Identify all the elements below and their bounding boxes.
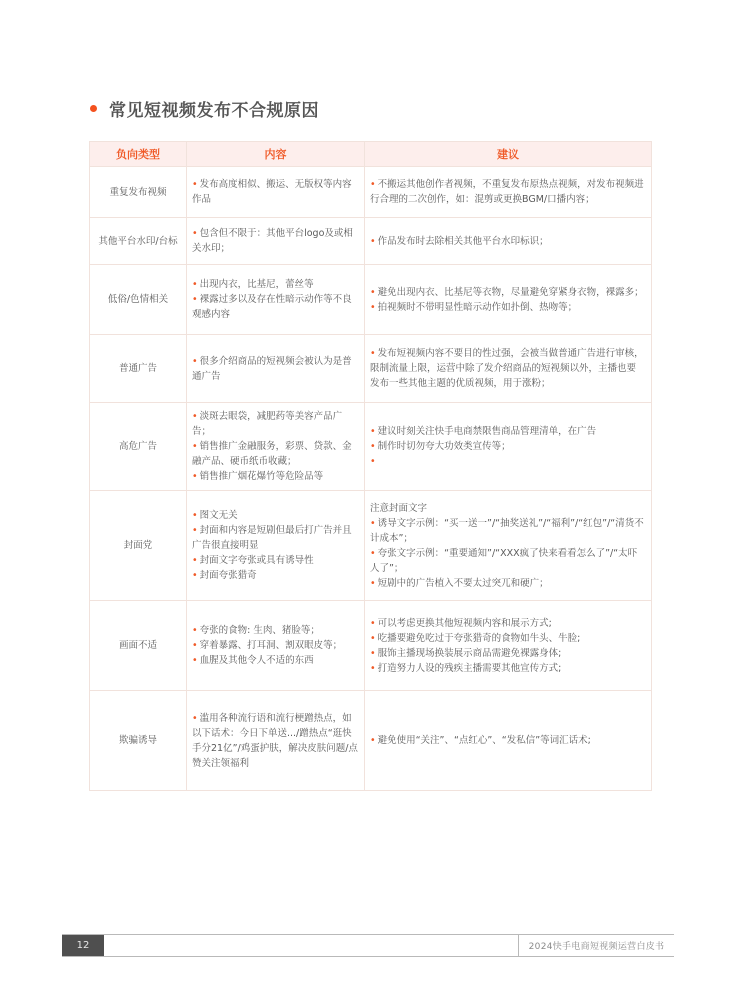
- bullet-icon: •: [370, 348, 376, 359]
- violation-content: •包含但不限于：其他平台logo及或相关水印；: [187, 218, 365, 265]
- content-bullet-item: •裸露过多以及存在性暗示动作等不良观感内容: [192, 292, 358, 322]
- content-bullet-item: •包含但不限于：其他平台logo及或相关水印；: [192, 226, 358, 256]
- violation-type: 低俗/色情相关: [90, 265, 187, 335]
- table-row: 欺骗诱导•滥用各种流行语和流行梗蹭热点，如以下话术：今日下单送.../蹭热点“逛…: [90, 691, 652, 791]
- section-heading: 常见短视频发布不合规原因: [90, 96, 319, 121]
- content-text: 封面夸张猎奇: [200, 570, 257, 581]
- content-bullet-item: •图文无关: [192, 508, 358, 523]
- bullet-icon: •: [370, 441, 376, 452]
- advice-text: 避免出现内衣、比基尼等衣物，尽量避免穿紧身衣物，裸露多；: [378, 287, 644, 298]
- advice-bullet-item: •建议时刻关注快手电商禁限售商品管理清单，在广告: [370, 424, 645, 439]
- bullet-icon: •: [370, 456, 376, 467]
- content-bullet-item: •穿着暴露、打耳洞、割双眼皮等；: [192, 638, 358, 653]
- bullet-icon: •: [192, 655, 198, 666]
- violation-type: 普通广告: [90, 335, 187, 403]
- content-text: 图文无关: [200, 510, 238, 521]
- table-row: 画面不适•夸张的食物: 生肉、猪脸等；•穿着暴露、打耳洞、割双眼皮等；•血腥及其…: [90, 601, 652, 691]
- bullet-icon: •: [192, 471, 198, 482]
- advice-bullet-item: •不搬运其他创作者视频，不重复发布原热点视频，对发布视频进行合理的二次创作，如：…: [370, 177, 645, 207]
- table-row: 其他平台水印/台标•包含但不限于：其他平台logo及或相关水印；•作品发布时去除…: [90, 218, 652, 265]
- bullet-icon: •: [370, 663, 376, 674]
- content-text: 滥用各种流行语和流行梗蹭热点，如以下话术：今日下单送.../蹭热点“逛快手分21…: [192, 713, 358, 769]
- advice-text: 制作时切勿夸大功效类宣传等；: [378, 441, 511, 452]
- advice-content: 注意封面文字•诱导文字示例：“买一送一”/“抽奖送礼”/“福利”/“红包”/“清…: [365, 491, 652, 601]
- bullet-icon: •: [192, 713, 198, 724]
- content-text: 包含但不限于：其他平台logo及或相关水印；: [192, 228, 353, 254]
- advice-bullet-item: •诱导文字示例：“买一送一”/“抽奖送礼”/“福利”/“红包”/“清货不计成本”…: [370, 516, 645, 546]
- violation-content: •图文无关•封面和内容是短剧但最后打广告并且广告很直接明显•封面文字夸张或具有诱…: [187, 491, 365, 601]
- advice-bullet-item: •避免出现内衣、比基尼等衣物，尽量避免穿紧身衣物，裸露多；: [370, 285, 645, 300]
- advice-text: 可以考虑更换其他短视频内容和展示方式;: [378, 618, 552, 629]
- violation-type: 封面党: [90, 491, 187, 601]
- section-title: 常见短视频发布不合规原因: [109, 96, 319, 121]
- table-row: 低俗/色情相关•出现内衣，比基尼，蕾丝等•裸露过多以及存在性暗示动作等不良观感内…: [90, 265, 652, 335]
- content-bullet-item: •封面文字夸张或具有诱导性: [192, 553, 358, 568]
- content-bullet-item: •夸张的食物: 生肉、猪脸等；: [192, 623, 358, 638]
- advice-bullet-item: •吃播要避免吃过于夸张猎奇的食物如牛头、牛脸;: [370, 631, 645, 646]
- advice-text: 夸张文字示例：“重要通知”/“XXX疯了快来看看怎么了”/“太吓人了”；: [370, 548, 637, 574]
- advice-text: 不搬运其他创作者视频，不重复发布原热点视频，对发布视频进行合理的二次创作，如：混…: [370, 179, 644, 205]
- advice-text: 吃播要避免吃过于夸张猎奇的食物如牛头、牛脸;: [378, 633, 581, 644]
- advice-content: •可以考虑更换其他短视频内容和展示方式;•吃播要避免吃过于夸张猎奇的食物如牛头、…: [365, 601, 652, 691]
- violation-type: 欺骗诱导: [90, 691, 187, 791]
- footer-document-title: 2024快手电商短视频运营白皮书: [519, 935, 674, 956]
- content-text: 销售推广金融服务，彩票、贷款、金融产品、硬币纸币收藏；: [192, 441, 352, 467]
- content-text: 裸露过多以及存在性暗示动作等不良观感内容: [192, 294, 352, 320]
- content-text: 穿着暴露、打耳洞、割双眼皮等；: [200, 640, 343, 651]
- content-text: 血腥及其他令人不适的东西: [200, 655, 314, 666]
- advice-text: 诱导文字示例：“买一送一”/“抽奖送礼”/“福利”/“红包”/“清货不计成本”；: [370, 518, 644, 544]
- bullet-icon: •: [370, 179, 376, 190]
- header-content: 内容: [187, 142, 365, 167]
- content-bullet-item: •封面和内容是短剧但最后打广告并且广告很直接明显: [192, 523, 358, 553]
- advice-bullet-item: •短剧中的广告植入不要太过突兀和硬广；: [370, 576, 645, 591]
- footer-rule-bottom: [62, 956, 674, 957]
- advice-bullet-item: •拍视频时不带明显性暗示动作如扑倒、热吻等；: [370, 300, 645, 315]
- advice-bullet-item: •服饰主播现场换装展示商品需避免裸露身体;: [370, 646, 645, 661]
- content-text: 夸张的食物: 生肉、猪脸等；: [200, 625, 320, 636]
- bullet-icon: •: [192, 179, 198, 190]
- violation-content: •滥用各种流行语和流行梗蹭热点，如以下话术：今日下单送.../蹭热点“逛快手分2…: [187, 691, 365, 791]
- violation-content: •夸张的食物: 生肉、猪脸等；•穿着暴露、打耳洞、割双眼皮等；•血腥及其他令人不…: [187, 601, 365, 691]
- advice-text: 短剧中的广告植入不要太过突兀和硬广；: [378, 578, 549, 589]
- bullet-icon: •: [192, 228, 198, 239]
- violation-content: •很多介绍商品的短视频会被认为是普通广告: [187, 335, 365, 403]
- content-text: 很多介绍商品的短视频会被认为是普通广告: [192, 356, 352, 382]
- content-bullet-item: •销售推广烟花爆竹等危险品等: [192, 469, 358, 484]
- content-text: 封面文字夸张或具有诱导性: [200, 555, 314, 566]
- advice-bullet-item: •发布短视频内容不要目的性过强，会被当做普通广告进行审核，限制流量上限，运营中除…: [370, 346, 645, 391]
- bullet-icon: •: [192, 525, 198, 536]
- advice-bullet-item: •可以考虑更换其他短视频内容和展示方式;: [370, 616, 645, 631]
- advice-text: 发布短视频内容不要目的性过强，会被当做普通广告进行审核，限制流量上限，运营中除了…: [370, 348, 644, 389]
- bullet-icon: •: [370, 618, 376, 629]
- bullet-icon: •: [370, 633, 376, 644]
- content-bullet-item: •封面夸张猎奇: [192, 568, 358, 583]
- bullet-icon: •: [370, 648, 376, 659]
- advice-content: •不搬运其他创作者视频，不重复发布原热点视频，对发布视频进行合理的二次创作，如：…: [365, 167, 652, 218]
- content-bullet-item: •淡斑去眼袋，减肥药等美容产品广告；: [192, 409, 358, 439]
- advice-content: •避免出现内衣、比基尼等衣物，尽量避免穿紧身衣物，裸露多；•拍视频时不带明显性暗…: [365, 265, 652, 335]
- content-text: 发布高度相似、搬运、无版权等内容作品: [192, 179, 352, 205]
- content-bullet-item: •销售推广金融服务，彩票、贷款、金融产品、硬币纸币收藏；: [192, 439, 358, 469]
- advice-content: •建议时刻关注快手电商禁限售商品管理清单，在广告•制作时切勿夸大功效类宣传等；•: [365, 403, 652, 491]
- advice-note: 注意封面文字: [370, 501, 645, 516]
- advice-text: 服饰主播现场换装展示商品需避免裸露身体;: [378, 648, 562, 659]
- advice-content: •作品发布时去除相关其他平台水印标识；: [365, 218, 652, 265]
- violation-content: •出现内衣，比基尼，蕾丝等•裸露过多以及存在性暗示动作等不良观感内容: [187, 265, 365, 335]
- content-bullet-item: •发布高度相似、搬运、无版权等内容作品: [192, 177, 358, 207]
- table-row: 重复发布视频•发布高度相似、搬运、无版权等内容作品•不搬运其他创作者视频，不重复…: [90, 167, 652, 218]
- content-text: 销售推广烟花爆竹等危险品等: [200, 471, 324, 482]
- bullet-icon: •: [370, 578, 376, 589]
- advice-bullet-item: •夸张文字示例：“重要通知”/“XXX疯了快来看看怎么了”/“太吓人了”；: [370, 546, 645, 576]
- advice-text: 建议时刻关注快手电商禁限售商品管理清单，在广告: [378, 426, 597, 437]
- content-bullet-item: •很多介绍商品的短视频会被认为是普通广告: [192, 354, 358, 384]
- bullet-icon: •: [370, 548, 376, 559]
- advice-text: 拍视频时不带明显性暗示动作如扑倒、热吻等；: [378, 302, 578, 313]
- advice-bullet-item: •制作时切勿夸大功效类宣传等；: [370, 439, 645, 454]
- advice-content: •发布短视频内容不要目的性过强，会被当做普通广告进行审核，限制流量上限，运营中除…: [365, 335, 652, 403]
- content-bullet-item: •滥用各种流行语和流行梗蹭热点，如以下话术：今日下单送.../蹭热点“逛快手分2…: [192, 711, 358, 771]
- content-text: 淡斑去眼袋，减肥药等美容产品广告；: [192, 411, 342, 437]
- content-text: 封面和内容是短剧但最后打广告并且广告很直接明显: [192, 525, 352, 551]
- bullet-icon: •: [370, 426, 376, 437]
- advice-bullet-item: •作品发布时去除相关其他平台水印标识；: [370, 234, 645, 249]
- advice-text: 打造努力人设的残疾主播需要其他宣传方式;: [378, 663, 562, 674]
- violation-type: 重复发布视频: [90, 167, 187, 218]
- bullet-icon: •: [192, 294, 198, 305]
- violation-type: 其他平台水印/台标: [90, 218, 187, 265]
- page-number: 12: [62, 935, 104, 956]
- advice-text: 避免使用“关注”、“点红心”、“发私信”等词汇话术;: [378, 735, 591, 746]
- content-bullet-item: •血腥及其他令人不适的东西: [192, 653, 358, 668]
- bullet-icon: •: [370, 287, 376, 298]
- violation-content: •淡斑去眼袋，减肥药等美容产品广告；•销售推广金融服务，彩票、贷款、金融产品、硬…: [187, 403, 365, 491]
- bullet-icon: •: [370, 302, 376, 313]
- bullet-icon: •: [192, 279, 198, 290]
- header-advice: 建议: [365, 142, 652, 167]
- bullet-icon: •: [370, 236, 376, 247]
- table-header-row: 负向类型 内容 建议: [90, 142, 652, 167]
- bullet-icon: •: [370, 518, 376, 529]
- advice-bullet-item: •避免使用“关注”、“点红心”、“发私信”等词汇话术;: [370, 733, 645, 748]
- bullet-icon: •: [192, 510, 198, 521]
- violation-type: 高危广告: [90, 403, 187, 491]
- bullet-icon: •: [370, 735, 376, 746]
- bullet-icon: •: [192, 555, 198, 566]
- table-row: 高危广告•淡斑去眼袋，减肥药等美容产品广告；•销售推广金融服务，彩票、贷款、金融…: [90, 403, 652, 491]
- violation-type: 画面不适: [90, 601, 187, 691]
- advice-content: •避免使用“关注”、“点红心”、“发私信”等词汇话术;: [365, 691, 652, 791]
- bullet-icon: •: [192, 356, 198, 367]
- content-text: 出现内衣，比基尼，蕾丝等: [200, 279, 314, 290]
- violation-content: •发布高度相似、搬运、无版权等内容作品: [187, 167, 365, 218]
- bullet-dot-icon: [90, 105, 97, 112]
- header-type: 负向类型: [90, 142, 187, 167]
- bullet-icon: •: [192, 570, 198, 581]
- bullet-icon: •: [192, 625, 198, 636]
- table-row: 封面党•图文无关•封面和内容是短剧但最后打广告并且广告很直接明显•封面文字夸张或…: [90, 491, 652, 601]
- advice-bullet-item: •打造努力人设的残疾主播需要其他宣传方式;: [370, 661, 645, 676]
- content-bullet-item: •出现内衣，比基尼，蕾丝等: [192, 277, 358, 292]
- bullet-icon: •: [192, 640, 198, 651]
- advice-bullet-item: •: [370, 454, 645, 469]
- noncompliance-table: 负向类型 内容 建议 重复发布视频•发布高度相似、搬运、无版权等内容作品•不搬运…: [89, 141, 652, 791]
- bullet-icon: •: [192, 441, 198, 452]
- bullet-icon: •: [192, 411, 198, 422]
- advice-text: 作品发布时去除相关其他平台水印标识；: [378, 236, 549, 247]
- table-row: 普通广告•很多介绍商品的短视频会被认为是普通广告•发布短视频内容不要目的性过强，…: [90, 335, 652, 403]
